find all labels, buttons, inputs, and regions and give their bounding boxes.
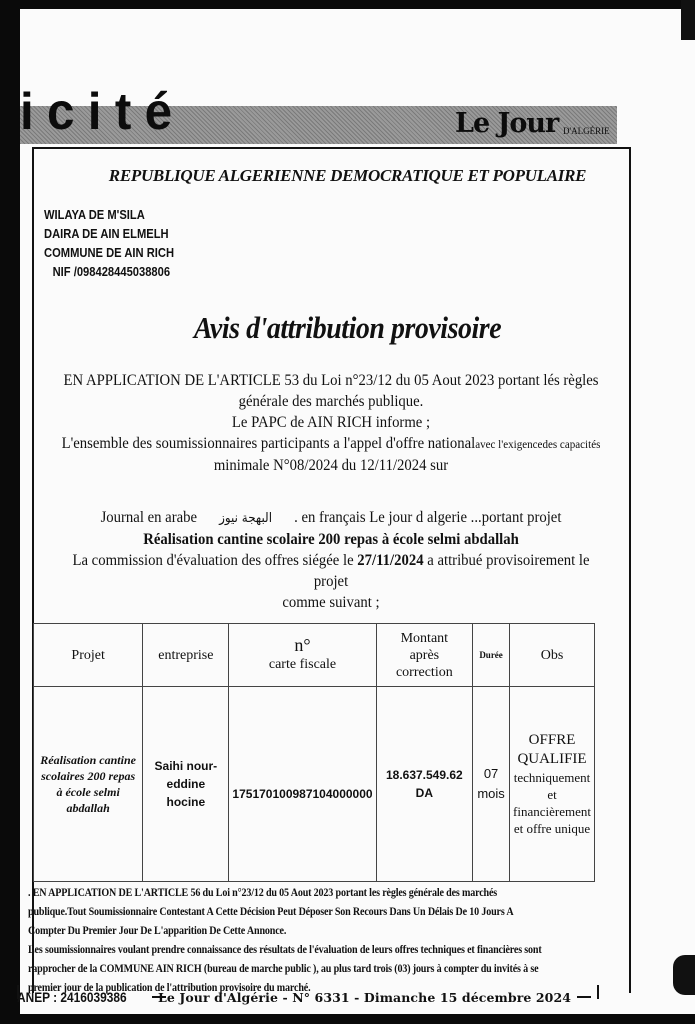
section-heading: icité [20, 82, 185, 142]
footer-line: . EN APPLICATION DE L'ARTICLE 56 du Loi … [28, 883, 608, 902]
footer-line: rapprocher de la COMMUNE AIN RICH (burea… [28, 959, 608, 978]
obs-line: OFFRE [529, 732, 576, 748]
journal-ar-name: البهجة نيوز [219, 511, 272, 526]
header-duree: Durée [473, 624, 510, 687]
cell-projet: Réalisation cantine scolaires 200 repas … [34, 687, 143, 882]
scan-edge-left [0, 0, 20, 1024]
obs-line: financièrement [513, 804, 591, 819]
issuer-daira: DAIRA DE AIN ELMELH [44, 224, 174, 243]
cell-montant: 18.637.549.62DA [376, 687, 473, 882]
header-projet: Projet [34, 624, 143, 687]
issuer-wilaya: WILAYA DE M'SILA [44, 205, 174, 224]
header-montant: Montantaprès correction [376, 624, 473, 687]
attribution-table: Projet entreprise n°carte fiscale Montan… [33, 623, 595, 882]
divider [577, 996, 591, 998]
intro-line-part-small: avec l'exigencedes capacités [475, 437, 600, 451]
intro-line: EN APPLICATION DE L'ARTICLE 53 du Loi n°… [60, 370, 603, 391]
header-montant-1: Montant [401, 631, 448, 646]
issue-details: Le Jour d'Algérie - N° 6331 - Dimanche 1… [158, 990, 571, 1005]
footer-line: publique.Tout Soumissionnaire Contestant… [28, 902, 608, 921]
header-entreprise: entreprise [143, 624, 229, 687]
issuer-block: WILAYA DE M'SILA DAIRA DE AIN ELMELH COM… [44, 205, 174, 281]
header-obs: Obs [510, 624, 595, 687]
table-header-row: Projet entreprise n°carte fiscale Montan… [34, 624, 595, 687]
table-row: Réalisation cantine scolaires 200 repas … [34, 687, 595, 882]
intro-line: minimale N°08/2024 du 12/11/2024 sur [60, 455, 603, 476]
header-carte-fiscale: n°carte fiscale [229, 624, 376, 687]
header-carte-label: carte fiscale [269, 657, 336, 672]
montant-currency: DA [416, 786, 433, 800]
header-carte-no: n° [294, 635, 310, 655]
cell-entreprise: Saihi nour-eddine hocine [143, 687, 229, 882]
duree-value: 07 [484, 766, 498, 781]
commission-line: La commission d'évaluation des offres si… [60, 550, 603, 592]
obs-line: QUALIFIE [517, 751, 586, 767]
obs-line: et offre unique [514, 821, 590, 836]
intro-line: L'ensemble des soumissionnaires particip… [60, 433, 603, 455]
scan-edge-right-bottom [673, 955, 695, 995]
scan-edge-right [681, 0, 695, 40]
brand-logo: Le Jour [455, 108, 558, 139]
intro-line-part: L'ensemble des soumissionnaires particip… [62, 435, 476, 452]
cell-carte-fiscale: 175170100987104000000 [229, 687, 376, 882]
footer-line: Les soumissionnaires voulant prendre con… [28, 940, 608, 959]
intro-line: générale des marchés publique. [60, 391, 603, 412]
journal-fr-label: . en français Le jour d algerie ...porta… [294, 509, 561, 526]
publication-paragraph: Journal en arabeالبهجة نيوز. en français… [60, 507, 603, 613]
issuer-commune: COMMUNE DE AIN RICH [44, 243, 174, 262]
journal-ar-label: Journal en arabe [101, 509, 197, 526]
intro-paragraph: EN APPLICATION DE L'ARTICLE 53 du Loi n°… [60, 370, 603, 476]
anep-reference: ANEP : 2416039386 [17, 989, 127, 1005]
brand-logo-suffix: D'ALGÉRIE [563, 126, 610, 136]
commission-text: La commission d'évaluation des offres si… [72, 552, 357, 569]
montant-value: 18.637.549.62 [386, 768, 463, 782]
obs-line: et [547, 787, 556, 802]
legal-footer-notes: . EN APPLICATION DE L'ARTICLE 56 du Loi … [28, 883, 608, 997]
obs-line: techniquement [514, 770, 591, 785]
cell-duree: 07mois [473, 687, 510, 882]
publication-line: ANEP : 2416039386 Le Jour d'Algérie - N°… [17, 990, 602, 1004]
notice-title: Avis d'attribution provisoire [35, 310, 661, 346]
scan-edge-bottom [0, 1014, 695, 1024]
duree-unit: mois [477, 786, 504, 801]
journal-line: Journal en arabeالبهجة نيوز. en français… [60, 507, 603, 529]
project-title: Réalisation cantine scolaire 200 repas à… [143, 531, 519, 548]
republic-title: REPUBLIQUE ALGERIENNE DEMOCRATIQUE ET PO… [0, 166, 695, 186]
footer-line: Compter Du Premier Jour De L'apparition … [28, 921, 608, 940]
commission-date: 27/11/2024 [357, 552, 423, 569]
issuer-nif: NIF /098428445038806 [44, 262, 174, 281]
scan-edge-top [20, 0, 695, 9]
header-montant-2: après correction [396, 648, 453, 680]
commission-text: comme suivant ; [60, 592, 603, 613]
cell-obs: OFFRE QUALIFIE techniquement et financiè… [510, 687, 595, 882]
intro-line: Le PAPC de AIN RICH informe ; [60, 412, 603, 433]
